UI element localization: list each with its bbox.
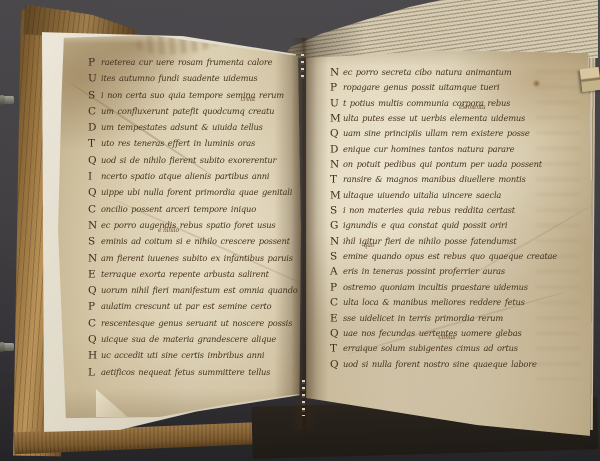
interlinear-gloss: quo [364,243,375,249]
line-text: ultaque uiuendo uitalia uincere saecla [343,190,501,200]
line-text: uae nos fecundas uertentes uomere glebas [343,328,522,338]
manuscript-line: Quod si nulla forent nostro sine quaeque… [330,354,588,369]
manuscript-line: Praeterea cur uere rosam frumenta calore [88,52,300,68]
line-text: uippe ubi nulla forent primordia quae ge… [101,187,292,197]
manuscript-line: Tuto res teneras effert in luminis oras [88,133,300,149]
line-text: ransire & magnos manibus diuellere monti… [343,174,526,184]
line-text: i non materies quia rebus reddita certas… [343,205,515,215]
clasp-pin-bottom [0,343,14,351]
manuscript-line: Nam fierent iuuenes subito ex infantibus… [88,248,300,264]
manuscript-line: Propagare genus possit uitamque tueri [330,77,588,92]
binding-stitches-bottom [302,380,305,416]
line-text: eminis ad coitum si e nihilo crescere po… [101,236,290,246]
right-page: Nec porro secreta cibo natura animantumP… [302,42,594,446]
line-text: ncerto spatio atque alienis partibus ann… [101,171,269,181]
manuscript-line: Paulatim crescunt ut par est semine cert… [88,296,300,312]
line-text: am fierent iuuenes subito ex infantibus … [101,253,293,263]
interlinear-gloss: creat [241,97,256,103]
interlinear-gloss: cimus [438,335,455,341]
binding-stitches-top [301,54,304,80]
page-edges-top-stack [284,0,598,58]
line-text: um confluxerunt patefit quodcumq creatu [101,106,274,116]
line-text: raeterea cur uere rosam frumenta calore [101,57,272,67]
manuscript-line: Multaque uiuendo uitalia uincere saecla [330,185,588,200]
manuscript-line: Laetificos nequeat fetus summittere tell… [88,362,300,378]
corner-fold [96,388,129,417]
clasp-pin-top [0,96,14,104]
manuscript-line: Denique cur homines tantos natura parare [330,139,588,154]
manuscript-line: Gignundis e qua constat quid possit orir… [330,215,588,230]
line-text: sse uidelicet in terris primordia rerum [343,313,503,323]
manuscript-line: Esse uidelicet in terris primordia rerum [330,308,588,323]
line-initial: Q [330,357,343,372]
line-text: uc accedit uti sine certis imbribus anni [101,350,264,360]
line-text: ec porro secreta cibo natura animantum [343,67,511,77]
manuscript-line: Transire & magnos manibus diuellere mont… [330,169,588,184]
manuscript-line: Multa putes esse ut uerbis elementa uide… [330,108,588,123]
manuscript-line: Cum confluxerunt patefit quodcumq creatu… [88,101,300,117]
line-text: uicque sua de materia grandescere alique [101,334,276,344]
line-text: aulatim crescunt ut par est semine certo [101,301,271,311]
manuscript-line: Huc accedit uti sine certis imbribus ann… [88,345,300,361]
manuscript-line: Seminis ad coitum si e nihilo crescere p… [88,231,300,247]
manuscript-line: Uites autumno fundi suadente uidemus [88,68,300,84]
manuscript-line: Si non materies quia rebus reddita certa… [330,200,588,215]
manuscript-line: Aeris in teneras possint proferrier aura… [330,261,588,276]
line-text: ostremo quoniam incultis praestare uidem… [343,282,528,292]
line-text: emine quando opus est rebus quo quaeque … [343,251,557,261]
line-text: terraque exorta repente arbusta salirent [101,269,269,279]
left-page: Praeterea cur uere rosam frumenta calore… [50,32,302,424]
photo-backdrop: Praeterea cur uere rosam frumenta calore… [0,0,600,461]
left-page-text: Praeterea cur uere rosam frumenta calore… [88,52,300,378]
manuscript-line: Non potuit pedibus qui pontum per uada p… [330,154,588,169]
manuscript-line: Eterraque exorta repente arbusta saliren… [88,264,300,280]
line-text: ignundis e qua constat quid possit oriri [343,220,507,230]
line-text: ulta putes esse ut uerbis elementa uidem… [343,113,525,123]
line-text: erraique solum subigentes cimus ad ortus [343,343,518,353]
right-page-text: Nec porro secreta cibo natura animantumP… [330,62,588,369]
line-initial: L [88,364,101,380]
line-text: enique cur homines tantos natura parare [343,144,514,154]
manuscript-line: Quam sine principiis ullam rem existere … [330,123,588,138]
manuscript-line: Incerto spatio atque alienis partibus an… [88,166,300,182]
line-text: i non certa suo quia tempore semina reru… [101,90,284,100]
line-text: ites autumno fundi suadente uidemus [101,73,257,83]
manuscript-line: Semine quando opus est rebus quo quaeque… [330,246,588,261]
manuscript-line: Crescentesque genus seruant ut noscere p… [88,313,300,329]
interlinear-gloss: elementa [459,105,486,111]
manuscript-line: Quicque sua de materia grandescere aliqu… [88,329,300,345]
manuscript-line: Nec porro secreta cibo natura animantum [330,62,588,77]
line-text: on potuit pedibus qui pontum per uada po… [343,159,542,169]
manuscript-line: Concilio possent arceri tempore iniquo [88,199,300,215]
interlinear-gloss: e nihilo [158,228,179,234]
manuscript-line: Postremo quoniam incultis praestare uide… [330,277,588,292]
manuscript-line: Culta loca & manibus meliores reddere fe… [330,292,588,307]
line-text: uorum nihil fieri manifestum est omnia q… [101,285,298,295]
line-text: rescentesque genus seruant ut noscere po… [101,318,292,328]
line-text: ulta loca & manibus meliores reddere fet… [343,297,525,307]
line-text: um tempestates adsunt & uiuida tellus [101,122,263,132]
manuscript-line: Quippe ubi nulla forent primordia quae g… [88,182,300,198]
line-text: oncilio possent arceri tempore iniquo [101,204,256,214]
line-text: uto res teneras effert in luminis oras [101,138,255,148]
line-text: uam sine principiis ullam rem existere p… [343,128,530,138]
manuscript-line: Si non certa suo quia tempore semina rer… [88,85,300,101]
manuscript-line: Dum tempestates adsunt & uiuida tellus [88,117,300,133]
line-text: aetificos nequeat fetus summittere tellu… [101,367,270,377]
manuscript-line: Quorum nihil fieri manifestum est omnia … [88,280,300,296]
line-text: eris in teneras possint proferrier auras [343,266,505,276]
line-text: uod si de nihilo fierent subito exoreren… [101,155,276,165]
manuscript-line: Quae nos fecundas uertentes uomere gleba… [330,323,588,338]
manuscript-line: Terraique solum subigentes cimus ad ortu… [330,338,588,353]
manuscript-line: Nec porro augendis rebus spatio foret us… [88,215,300,231]
manuscript-line: Quod si de nihilo fierent subito exorere… [88,150,300,166]
line-text: ec porro augendis rebus spatio foret usu… [101,220,275,230]
line-text: uod si nulla forent nostro sine quaeque … [343,359,537,369]
clasp-strap-right [580,67,600,92]
line-text: ropagare genus possit uitamque tueri [343,82,499,92]
